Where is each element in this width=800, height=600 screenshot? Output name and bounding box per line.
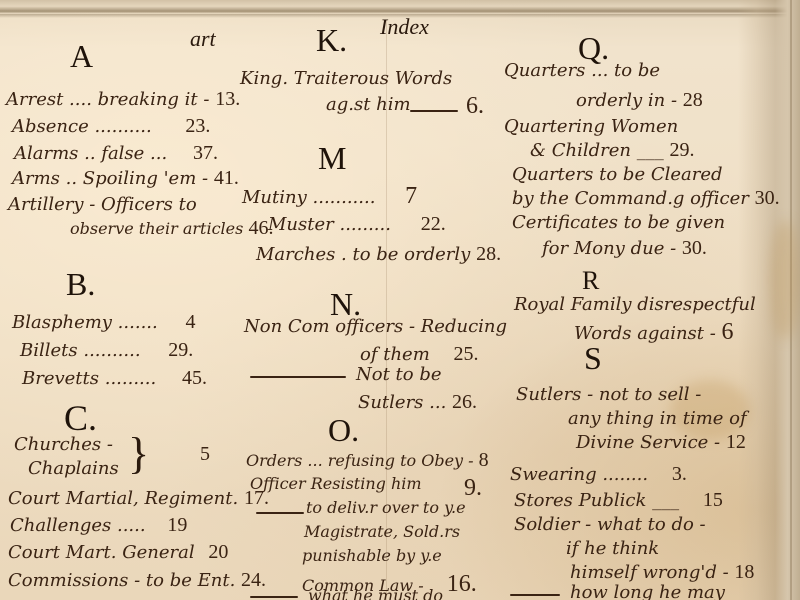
ditto-rule [410,110,458,112]
index-entry: orderly in - 28 [576,90,703,110]
section-letter-r: R [582,268,599,294]
index-entry: Alarms .. false ... 37. [14,143,218,163]
index-entry: & Children ___ 29. [530,140,694,160]
index-entry: Divine Service - 12 [576,432,746,452]
index-entry: Orders ... refusing to Obey - 8 [246,450,489,470]
index-page-number: 5 [200,444,210,464]
header-note: art [190,26,216,52]
ditto-rule [250,376,346,378]
index-entry: Billets .......... 29. [20,340,193,360]
ditto-rule [510,594,560,596]
index-entry: if he think [566,540,659,558]
index-entry: Quartering Women [504,118,678,136]
index-entry: observe their articles 46. [70,218,273,238]
index-entry: Stores Publick ___ 15 [514,490,723,510]
section-letter-s: S [584,342,602,374]
index-entry: Soldier - what to do - [514,516,706,534]
index-entry: Not to be [356,366,442,384]
index-entry: Sutlers ... 26. [358,392,477,412]
index-entry: Swearing ........ 3. [510,464,687,484]
index-entry: what he must do [308,588,443,600]
index-entry: Magistrate, Sold.rs [304,524,460,540]
section-letter-c: C. [64,400,97,436]
index-entry: by the Command.g officer 30. [512,188,780,208]
index-entry: any thing in time of [568,410,747,428]
index-entry: King. Traiterous Words [240,70,452,88]
index-entry: Chaplains [28,460,119,478]
index-entry: Absence .......... 23. [12,116,210,136]
index-entry: Commissions - to be Ent. 24. [8,570,266,590]
manuscript-page: Index A art Arrest .... breaking it - 13… [0,0,800,600]
index-entry: Quarters to be Cleared [512,166,723,184]
index-entry: for Mony due - 30. [542,238,707,258]
index-entry: Sutlers - not to sell - [516,386,701,404]
section-letter-b: B. [66,268,95,300]
section-letter-k: K. [316,24,347,56]
index-entry: Court Martial, Regiment. 17. [8,488,269,508]
ditto-rule [250,596,298,598]
index-entry: Artillery - Officers to [8,196,197,214]
index-entry: Brevetts ......... 45. [22,368,207,388]
section-letter-a: A [70,40,93,72]
index-page-number: 6. [466,94,484,118]
index-entry: Mutiny ........... 7 [242,184,417,208]
index-entry: Arms .. Spoiling 'em - 41. [12,168,239,188]
index-entry: punishable by y.e [302,548,442,564]
index-entry: how long he may [570,584,725,600]
section-letter-m: M [318,142,346,174]
ditto-rule [256,512,304,514]
index-entry: Quarters ... to be [504,62,660,80]
index-entry: Court Mart. General 20 [8,542,228,562]
index-entry: Churches - [14,436,113,454]
water-stain [770,220,800,340]
index-entry: Officer Resisting him [250,476,422,492]
index-entry: Royal Family disrespectful [514,296,756,314]
index-entry: Blasphemy ....... 4 [12,312,195,332]
index-entry: himself wrong'd - 18 [570,562,754,582]
index-entry: to deliv.r over to y.e [306,500,466,516]
index-entry: of them 25. [360,344,479,364]
index-entry: Challenges ..... 19 [10,515,187,535]
grouping-brace: } [128,432,149,476]
index-entry: Marches . to be orderly 28. [256,244,501,264]
index-entry: Certificates to be given [512,214,725,232]
index-entry: ag.st him [326,96,411,114]
torn-top-edge [0,0,800,14]
section-letter-o: O. [328,414,359,446]
index-entry: Non Com officers - Reducing [244,318,507,336]
page-title: Index [380,14,429,40]
index-entry: Muster ......... 22. [268,214,446,234]
index-page-number: 9. [464,476,482,500]
index-entry: Arrest .... breaking it - 13. [6,89,240,109]
